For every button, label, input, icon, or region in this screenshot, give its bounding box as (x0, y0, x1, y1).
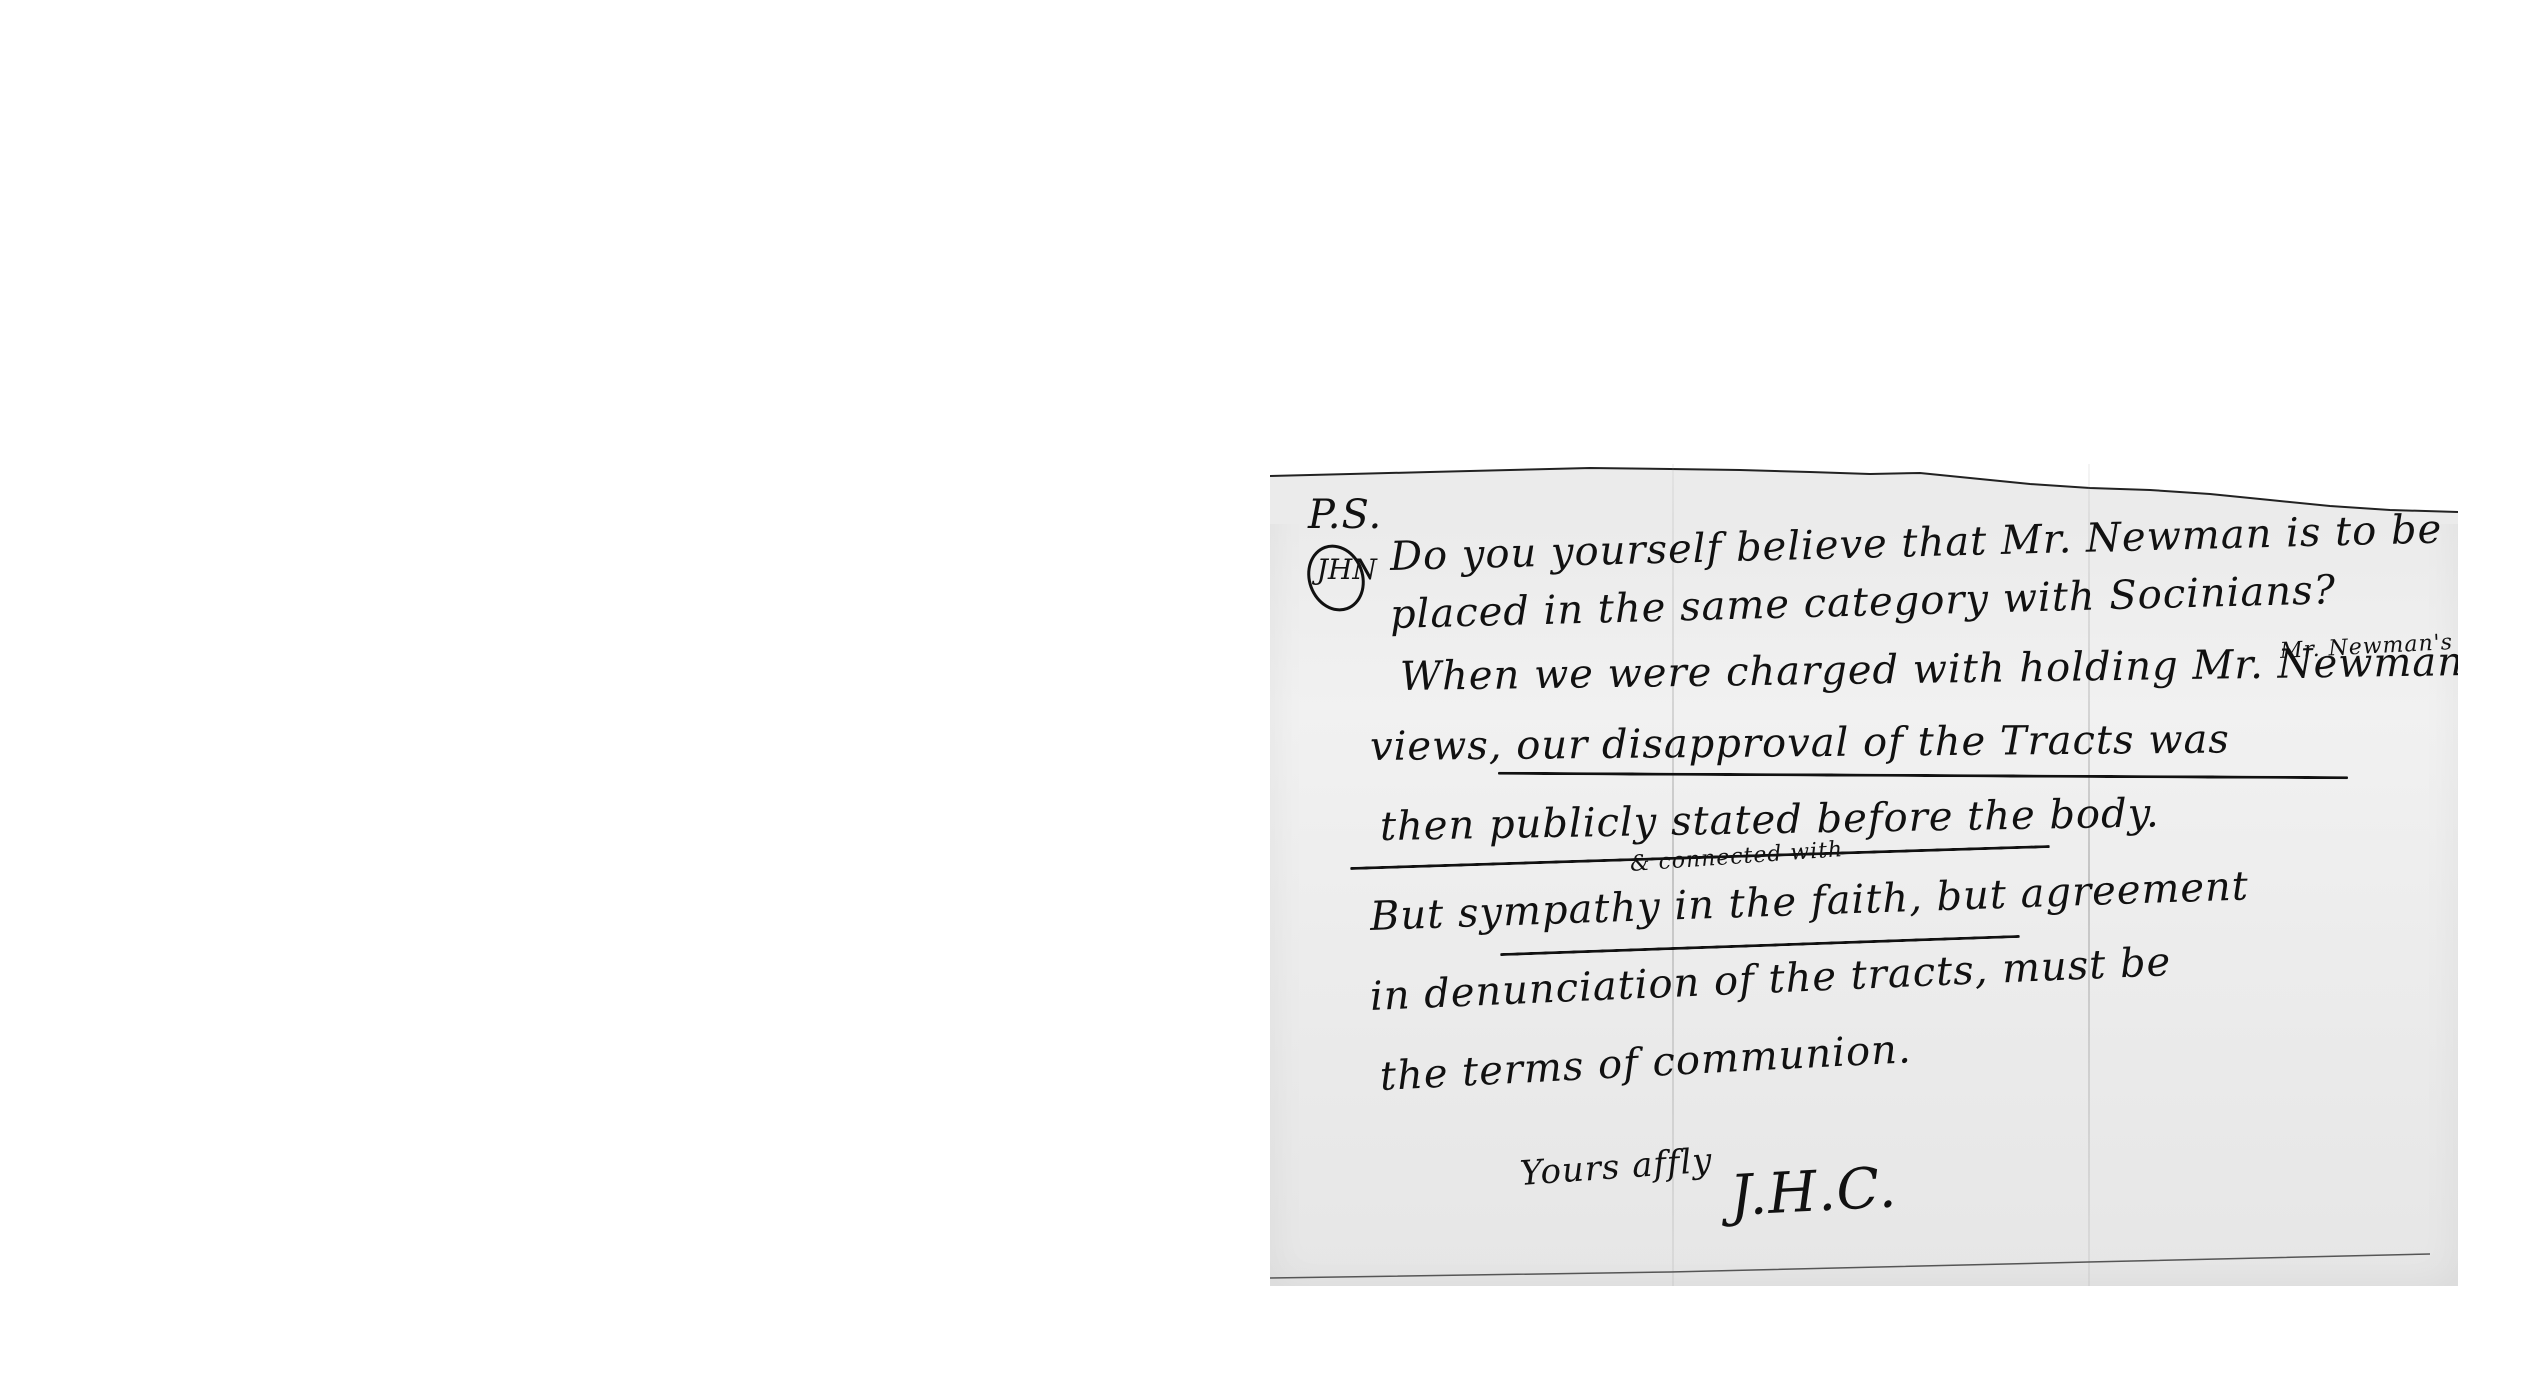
letter-line-5: then publicly stated before the body. (1380, 790, 2160, 850)
monogram-stamp: JHN (1298, 536, 1374, 619)
letter-line-7: in denunciation of the tracts, must be (1369, 939, 2172, 1020)
letter-closing: Yours affly (1519, 1141, 1714, 1194)
page-canvas: P.S. JHN Do you yourself believe that Mr… (0, 0, 2534, 1383)
bottom-edge (1270, 1226, 2458, 1286)
letter-signature: J.H.C. (1728, 1155, 1898, 1229)
handwritten-letter: P.S. JHN Do you yourself believe that Mr… (1270, 464, 2458, 1286)
underline-stroke (1498, 772, 2348, 779)
postscript-marker: P.S. (1308, 492, 1382, 538)
letter-line-4: views, our disapproval of the Tracts was (1370, 716, 2230, 770)
letter-line-6: But sympathy in the faith, but agreement (1369, 863, 2249, 940)
monogram-text: JHN (1317, 553, 1377, 586)
letter-line-2: placed in the same category with Socinia… (1389, 567, 2336, 638)
letter-line-8: the terms of communion. (1379, 1026, 1913, 1100)
